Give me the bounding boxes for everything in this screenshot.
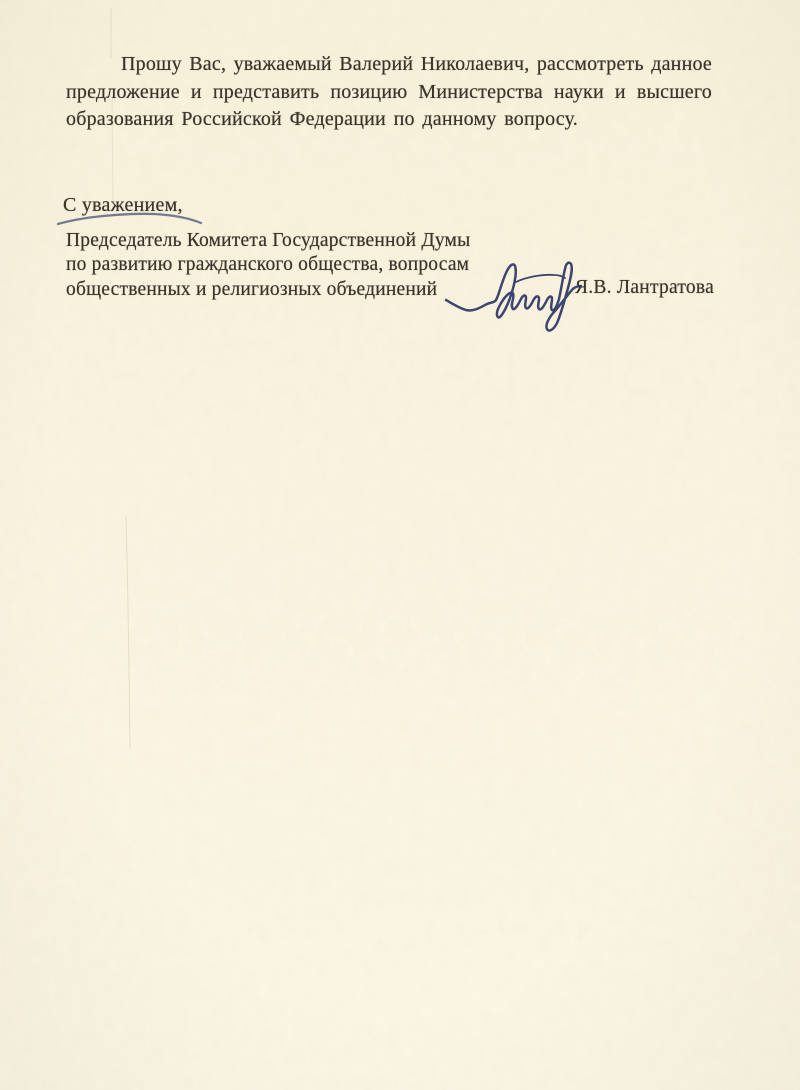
paragraph-line: образования Российской Федерации по данн…: [66, 106, 712, 134]
signer-title-line: Председатель Комитета Государственной Ду…: [66, 229, 470, 253]
signer-title-line: по развитию гражданского общества, вопро…: [66, 253, 470, 277]
body-paragraph: Прошу Вас, уважаемый Валерий Николаевич,…: [66, 51, 712, 134]
signer-name: Я.В. Лантратова: [575, 276, 714, 300]
paper-crease: [126, 517, 130, 748]
letter-page: Прошу Вас, уважаемый Валерий Николаевич,…: [0, 0, 800, 1090]
paper-texture: [0, 0, 800, 1090]
paragraph-line: Прошу Вас, уважаемый Валерий Николаевич,…: [66, 51, 712, 79]
paragraph-line: предложение и представить позицию Минист…: [66, 79, 712, 107]
page-vignette: [0, 0, 800, 1090]
signer-title-block: Председатель Комитета Государственной Ду…: [66, 229, 470, 302]
closing-salutation: С уважением,: [63, 193, 183, 217]
signer-title-line: общественных и религиозных объединений: [66, 278, 470, 302]
ink-overlay: [0, 0, 800, 1090]
